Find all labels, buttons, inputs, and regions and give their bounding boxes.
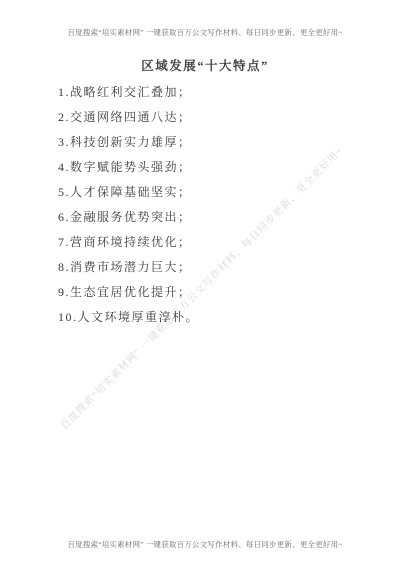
feature-list: 1.战略红利交汇叠加； 2.交通网络四通八达； 3.科技创新实力雄厚； 4.数字… [58, 84, 390, 334]
list-item: 1.战略红利交汇叠加； [58, 84, 390, 109]
list-item: 3.科技创新实力雄厚； [58, 134, 390, 159]
list-item: 9.生态宜居优化提升； [58, 284, 390, 309]
list-item: 8.消费市场潜力巨大； [58, 259, 390, 284]
document-page: 百度搜索“培实素材网” 一键获取百万公文写作材料、每日同步更新、更全更好用~ 百… [0, 0, 410, 580]
page-title: 区域发展“十大特点” [0, 56, 410, 74]
header-promo-text: 百度搜索“培实素材网” 一键获取百万公文写作材料、每日同步更新、更全更好用~ [0, 27, 410, 38]
list-item: 2.交通网络四通八达； [58, 109, 390, 134]
list-item: 5.人才保障基础坚实； [58, 184, 390, 209]
list-item: 6.金融服务优势突出； [58, 209, 390, 234]
list-item: 4.数字赋能势头强劲； [58, 159, 390, 184]
footer-promo-text: 百度搜索“培实素材网” 一键获取百万公文写作材料、每日同步更新、更全更好用~ [0, 539, 410, 550]
list-item: 7.营商环境持续优化； [58, 234, 390, 259]
list-item: 10.人文环境厚重淳朴。 [58, 309, 390, 334]
